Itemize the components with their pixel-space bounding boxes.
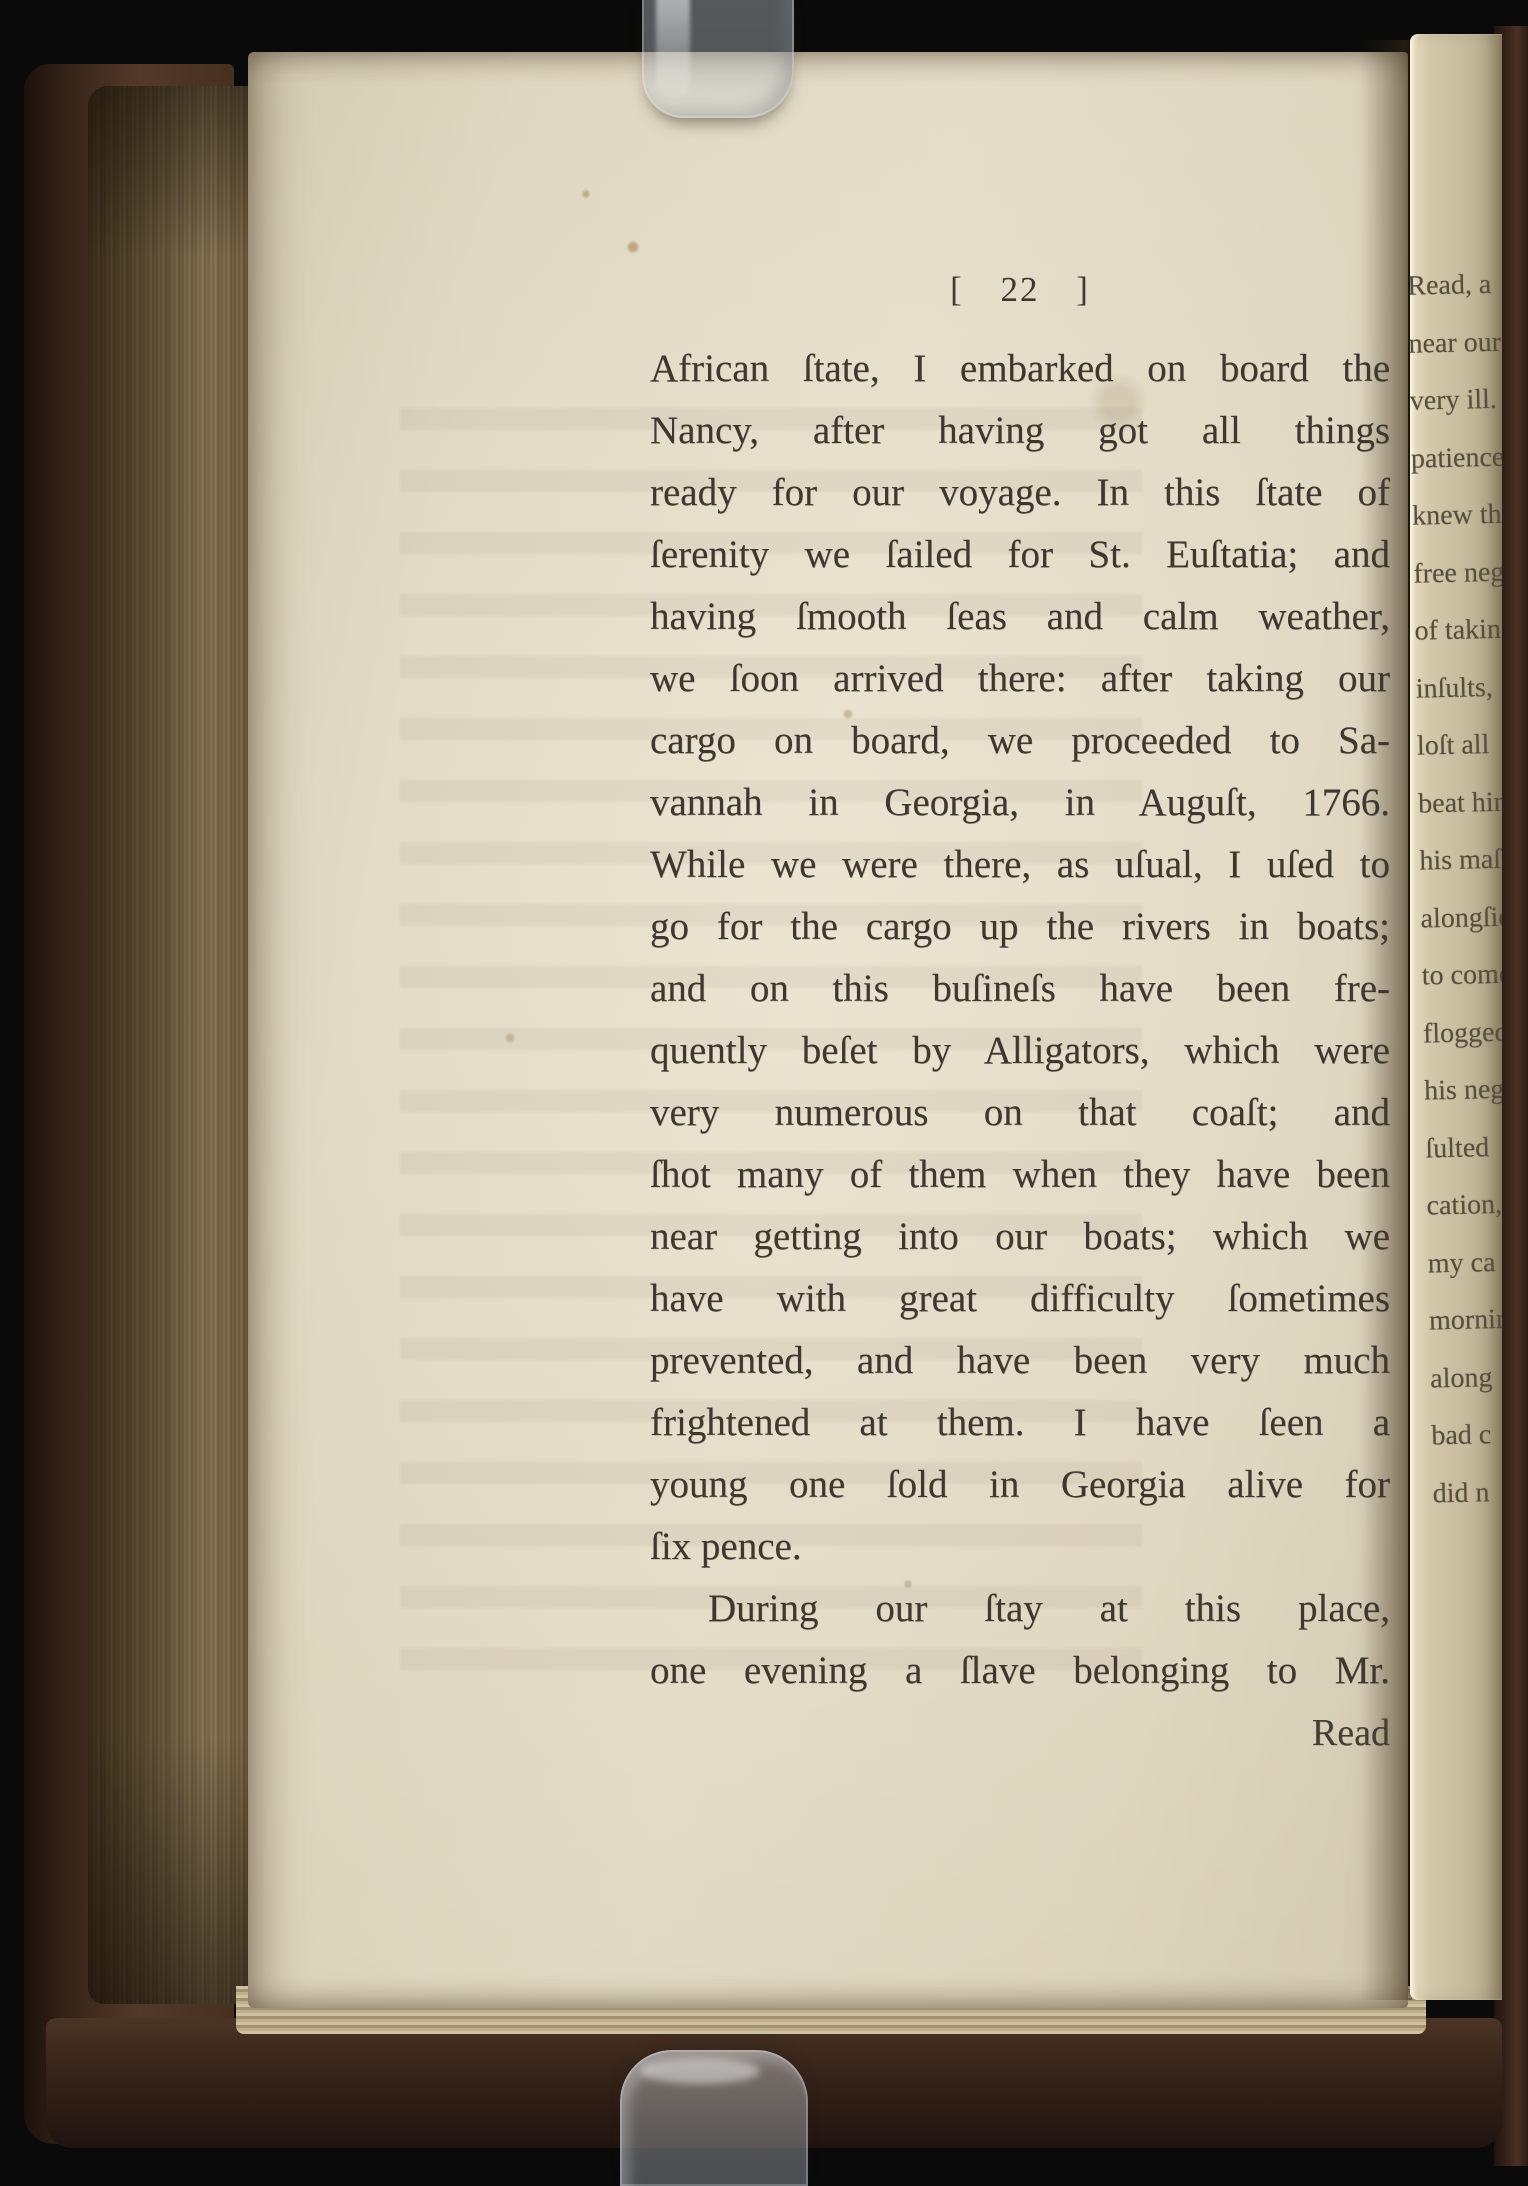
text-fragment: his neg [1424,1059,1502,1120]
body-text: African ſtate, I embarked on board the N… [650,338,1390,1764]
text-fragment: beat him [1418,772,1502,833]
body-line: ready for our voyage. In this ſtate of [650,462,1390,524]
text-fragment: my ca [1427,1232,1502,1293]
catchword: Read [650,1702,1390,1764]
body-line: ſhot many of them when they have been [650,1144,1390,1206]
body-line: having ſmooth ſeas and calm weather, [650,586,1390,648]
next-page-edge: Read, a near our very ill. patience knew… [1410,34,1502,2000]
text-fragment: flogged [1422,1002,1502,1063]
body-line: and on this buſineſs have been fre- [650,958,1390,1020]
body-line: vannah in Georgia, in Auguſt, 1766. [650,772,1390,834]
text-fragment: near our [1410,312,1502,373]
text-fragment: loſt all [1416,714,1502,775]
text-fragment: his maſt [1419,829,1502,890]
body-line: While we were there, as uſual, I uſed to [650,834,1390,896]
body-line: quently beſet by Alligators, which were [650,1020,1390,1082]
body-line: ſerenity we ſailed for St. Euſtatia; and [650,524,1390,586]
fore-edge-shading [88,86,258,2004]
body-line: cargo on board, we proceeded to Sa- [650,710,1390,772]
body-line: Nancy, after having got all things [650,400,1390,462]
text-fragment: did n [1432,1462,1502,1523]
text-fragment: Read, a [1410,255,1502,316]
body-line: African ſtate, I embarked on board the [650,338,1390,400]
text-fragment: along [1430,1347,1502,1408]
body-line: one evening a ſlave belonging to Mr. [650,1640,1390,1702]
body-line: very numerous on that coaſt; and [650,1082,1390,1144]
text-fragment: ſulted [1425,1117,1502,1178]
text-fragment: inſults, [1415,657,1502,718]
text-fragment: patience [1410,427,1502,488]
page-fore-edge-stack [88,86,258,2004]
text-fragment: bad c [1431,1404,1502,1465]
body-line: frightened at them. I have ſeen a [650,1392,1390,1454]
text-fragment: very ill. [1410,370,1502,431]
body-line: During our ſtay at this place, [650,1578,1390,1640]
text-fragment: of taking [1414,599,1502,660]
text-fragment: mornin [1428,1289,1502,1350]
body-line: we ſoon arrived there: after taking our [650,648,1390,710]
next-page-text-fragments: Read, a near our very ill. patience knew… [1410,255,1502,1523]
text-fragment: cation, [1426,1174,1502,1235]
page-holder-clip-bottom [620,2050,808,2186]
page-holder-clip-top [642,0,794,118]
body-line: ſix pence. [650,1516,1390,1578]
body-line: go for the cargo up the rivers in boats; [650,896,1390,958]
body-line: have with great difficulty ſometimes [650,1268,1390,1330]
body-line: prevented, and have been very much [650,1330,1390,1392]
text-fragment: alongſid [1420,887,1502,948]
text-fragment: free negr [1413,542,1502,603]
page-number-header: [ 22 ] [650,270,1390,326]
body-line: near getting into our boats; which we [650,1206,1390,1268]
book-photograph: [ 22 ] African ſtate, I embarked on boar… [0,0,1528,2186]
body-line: young one ſold in Georgia alive for [650,1454,1390,1516]
text-fragment: knew the [1412,485,1502,546]
text-fragment: to come [1421,944,1502,1005]
